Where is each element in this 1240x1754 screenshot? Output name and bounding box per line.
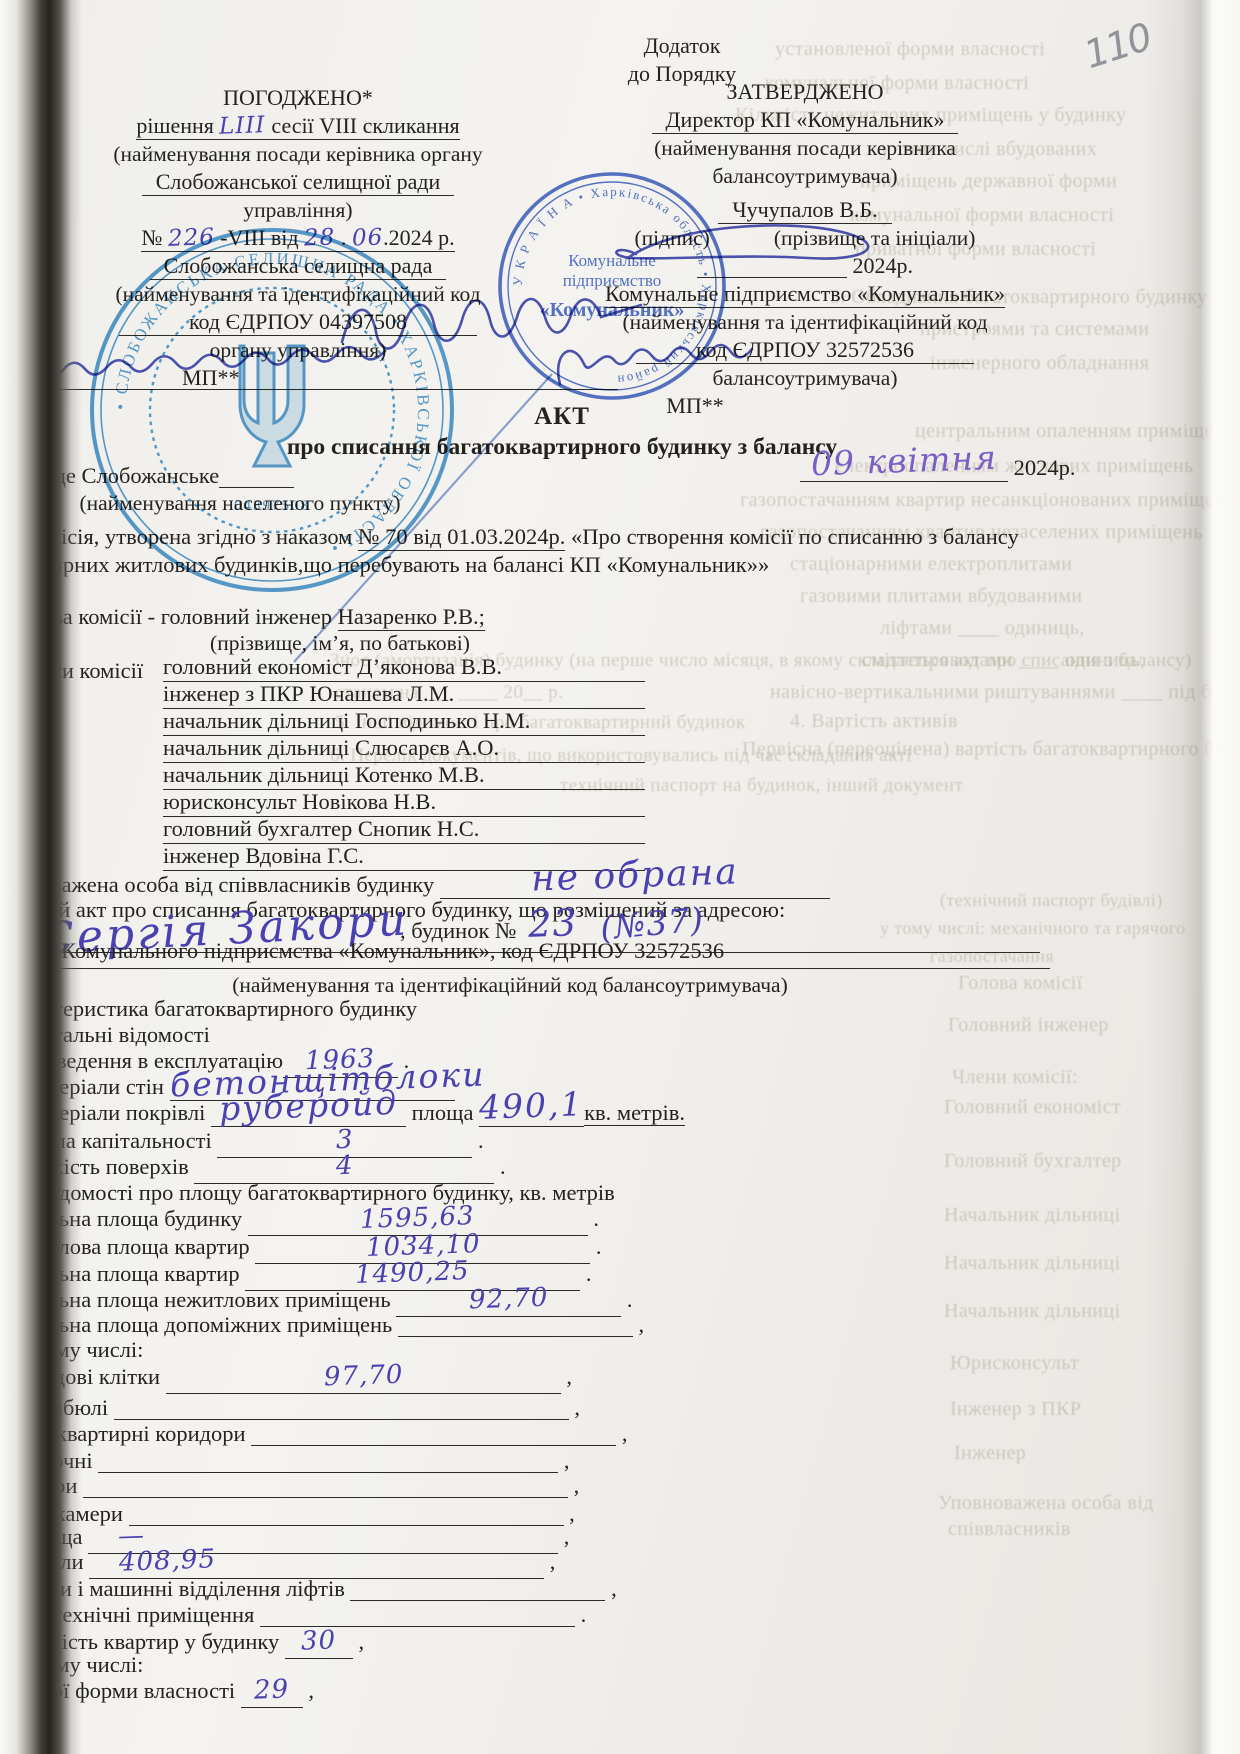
bleedthrough-text: Інженер з ПКР <box>950 1398 1081 1421</box>
field-label: Група капітальності <box>20 1128 217 1153</box>
bleedthrough-text: Головний бухгалтер <box>944 1150 1122 1173</box>
bleedthrough-text: Начальник дільниці <box>944 1204 1121 1227</box>
field-tail: . <box>590 1234 601 1259</box>
field-label: горища <box>12 1524 88 1549</box>
field-label: Матеріали покрівлі <box>20 1100 211 1125</box>
form-field-line: Житлова площа квартир 1034,10 . <box>17 1234 602 1264</box>
section-heading-line: у тому числі: <box>18 1652 143 1678</box>
page-edge-right <box>1145 0 1240 1754</box>
fill-in-blank: 30 <box>285 1633 353 1659</box>
field-label: приватної форми власності <box>0 1678 241 1703</box>
commission-member-row: начальник дільниці Котенко М.В. <box>163 762 645 790</box>
statement-line-2: з балансу Комунального підприємства «Ком… <box>0 938 1050 969</box>
handwritten-value: 1595,63 <box>360 1203 475 1233</box>
field-label: сміттєкамери <box>0 1501 129 1526</box>
bleedthrough-text: співвласників <box>948 1518 1071 1541</box>
company-round-stamp: У К Р А Ї Н А • Харківська область • Хар… <box>496 170 728 402</box>
director-name: Чучупалов В.Б. <box>718 197 891 224</box>
field-tail: , <box>544 1549 555 1574</box>
handwritten-value: руберойд <box>219 1090 399 1122</box>
field-tail: кв. метрів. <box>584 1100 685 1126</box>
form-field-line: інші технічні приміщення . <box>5 1601 586 1628</box>
form-field-line: шахти і машинні відділення ліфтів , <box>12 1575 617 1602</box>
field-label: вестибюлі <box>10 1395 114 1420</box>
handwritten-value: 97,70 <box>323 1362 403 1391</box>
handwritten-value: 490,1 <box>479 1091 584 1121</box>
field-label: міжквартирні коридори <box>20 1421 251 1446</box>
bleedthrough-text: навісно-вертикальними риштуваннями ____ … <box>770 681 1240 704</box>
form-field-line: приватної форми власності 29 , <box>0 1678 314 1708</box>
bleedthrough-text: Інженер <box>954 1442 1026 1465</box>
act-date-line: 09 квітня 2024р. <box>800 455 1076 482</box>
director-line: Директор КП «Комунальник» <box>560 106 1050 134</box>
authorized-person-line: Уповноважена особа від співвласників буд… <box>0 872 830 899</box>
field-label: Загальна площа будинку <box>7 1206 248 1231</box>
bleedthrough-text: Юрисконсульт <box>950 1352 1079 1375</box>
fill-in-blank: руберойд <box>211 1101 406 1127</box>
field-tail: , <box>633 1312 644 1337</box>
section-heading-line: 2. Відомості про площу багатоквартирного… <box>15 1180 615 1206</box>
council-org: Слобожанської селищної ради <box>142 169 455 196</box>
approved-title: ЗАТВЕРДЖЕНО <box>560 78 1050 106</box>
caption-name: (прізвище та ініціали) <box>774 226 976 250</box>
field-label: шахти і машинні відділення ліфтів <box>12 1576 350 1601</box>
fill-in-blank: 490,1 <box>479 1101 584 1127</box>
section-heading-line: 1. Загальні відомості <box>10 1022 210 1048</box>
handwritten-value: 1490,25 <box>355 1258 470 1288</box>
intro-post: «Про створення комісії по списанню з бал… <box>565 524 1018 549</box>
field-label: Характеристика багатоквартирного будинку <box>0 996 417 1021</box>
field-tail: . <box>494 1154 505 1179</box>
field-label: Кількість квартир у будинку <box>8 1629 285 1654</box>
fill-in-blank <box>251 1420 616 1446</box>
head-label: Голова комісії - головний інженер <box>8 604 338 629</box>
caption-balance-holder: (найменування та ідентифікаційний код ба… <box>60 972 960 998</box>
field-label: сходові клітки <box>23 1364 166 1389</box>
agreed-title: ПОГОДЖЕНО* <box>12 84 584 112</box>
stamp-center-line: підприємство <box>563 271 662 290</box>
field-tail: , <box>561 1364 572 1389</box>
field-tail: . <box>621 1287 632 1312</box>
field-tail: . <box>580 1261 591 1286</box>
field-label: у тому числі: <box>18 1652 143 1677</box>
section-heading-line: у тому числі: <box>18 1337 143 1363</box>
field-tail: , <box>569 1395 580 1420</box>
form-field-line: Матеріали покрівлі руберойд площа 490,1к… <box>20 1100 685 1127</box>
fill-in-blank <box>129 1500 564 1526</box>
fill-in-blank <box>350 1575 605 1601</box>
section-heading-line: Характеристика багатоквартирного будинку <box>0 996 417 1022</box>
field-label: Загальна площа нежитлових приміщень <box>7 1287 396 1312</box>
field-tail: . <box>588 1206 599 1231</box>
field-label: у тому числі: <box>18 1337 143 1362</box>
council-round-stamp: • СЛОБОЖАНСЬКА СЕЛИЩНА РАДА • ХАРКІВСЬКО… <box>86 224 458 596</box>
decision-post: сесії VIII скликання <box>271 113 459 138</box>
bleedthrough-text: газовими плитами вбудованими <box>800 585 1083 608</box>
bleedthrough-text: стаціонарними електроплитами <box>790 553 1072 576</box>
field-label: колясочні <box>0 1448 98 1473</box>
handwritten-value: 30 <box>301 1627 337 1654</box>
field-label: підвали <box>10 1549 89 1574</box>
caption: (найменування посади керівника органу <box>12 140 584 168</box>
field-tail: , <box>558 1524 569 1549</box>
year-label: 2024р. <box>853 253 914 278</box>
bleedthrough-text: Уповноважена особа від <box>938 1492 1154 1515</box>
fill-in-blank <box>98 1447 558 1473</box>
commission-member-row: начальник дільниці Господинько Н.М. <box>163 708 645 736</box>
fill-in-blank <box>398 1311 633 1337</box>
intro-line-3: у складі: <box>0 580 45 606</box>
form-field-line: Загальна площа будинку 1595,63 . <box>7 1206 599 1236</box>
bleedthrough-text: ліфтами ____ одиниць, <box>880 617 1085 640</box>
commission-member-row: головний економіст Д’яконова В.В. <box>163 654 645 682</box>
caption: (найменування посади керівника <box>560 134 1050 162</box>
caption-fullname: (прізвище, ім’я, по батькові) <box>150 630 530 656</box>
field-label: 2. Відомості про площу багатоквартирного… <box>15 1180 615 1205</box>
members-label: Члени комісії <box>14 658 143 684</box>
director-title: Директор КП «Комунальник» <box>652 107 959 134</box>
bleedthrough-text: Члени комісії: <box>952 1066 1078 1089</box>
bleedthrough-text: Головний інженер <box>948 1014 1109 1037</box>
handwritten-value: 4 <box>335 1153 353 1180</box>
form-field-line: Загальна площа допоміжних приміщень , <box>7 1311 644 1338</box>
handwritten-value: 29 <box>254 1676 290 1703</box>
head-name: Назаренко Р.В.; <box>338 604 485 631</box>
stamp-center-line: «Комунальник» <box>540 299 685 321</box>
field-tail: , <box>616 1421 627 1446</box>
field-label: Загальна площа квартир <box>7 1261 245 1286</box>
appendix-line: Додаток <box>582 32 782 60</box>
field-tail: , <box>303 1678 314 1703</box>
field-tail: , <box>564 1501 575 1526</box>
handwritten-value: 408,95 <box>119 1546 217 1575</box>
bleedthrough-text: установленої форми власності <box>775 38 1045 61</box>
handwritten-not-elected: не обрана <box>531 859 740 892</box>
field-label: Матеріали стін <box>20 1074 170 1099</box>
fill-in-blank: 09 квітня <box>800 456 1008 482</box>
bleedthrough-text: Начальник дільниці <box>944 1300 1121 1323</box>
form-field-line: сходові клітки 97,70 , <box>23 1364 572 1394</box>
fill-in-blank: 29 <box>241 1682 303 1708</box>
field-label: Загальна площа допоміжних приміщень <box>7 1312 398 1337</box>
form-field-line: комори , <box>8 1472 579 1499</box>
handwritten-value: 92,70 <box>469 1285 549 1314</box>
field-label: Кількість поверхів <box>10 1154 194 1179</box>
handwritten-value: 3 <box>336 1127 354 1154</box>
field-tail: . <box>575 1602 586 1627</box>
scanned-document-page: установленої форми власностікомунальної … <box>0 0 1240 1754</box>
form-field-line: сміттєкамери , <box>0 1500 575 1527</box>
handwritten-value: — <box>118 1523 146 1550</box>
field-tail: , <box>605 1576 616 1601</box>
decision-pre: рішення <box>136 113 213 138</box>
commission-member-row: головний бухгалтер Снопик Н.С. <box>163 816 645 844</box>
field-label: Житлова площа квартир <box>17 1234 255 1259</box>
commission-member-row: начальник дільниці Слюсарєв А.О. <box>163 735 645 763</box>
fill-in-blank <box>114 1394 569 1420</box>
form-field-line: вестибюлі , <box>10 1394 580 1421</box>
field-tail: . <box>472 1128 483 1153</box>
handwritten-date: 09 квітня <box>811 445 998 477</box>
field-label: комори <box>8 1473 83 1498</box>
commission-member-row: юрисконсульт Новікова Н.В. <box>163 789 645 817</box>
field-mid-label: площа <box>406 1100 479 1125</box>
page-number-pencil: 110 <box>1079 15 1156 77</box>
trident-icon <box>240 346 304 466</box>
bleedthrough-text: Голова комісії <box>958 972 1083 995</box>
fill-in-blank <box>83 1472 568 1498</box>
field-tail: , <box>558 1448 569 1473</box>
decision-line: рішення LIII сесії VIII скликання <box>12 112 584 140</box>
stamp-code: 04397508 <box>234 498 310 514</box>
year-label: 2024р. <box>1014 455 1076 480</box>
field-label: інші технічні приміщення <box>5 1602 260 1627</box>
fill-in-blank: 97,70 <box>166 1368 561 1394</box>
commission-head-line: Голова комісії - головний інженер Назаре… <box>8 604 485 630</box>
form-field-line: міжквартирні коридори , <box>20 1420 627 1447</box>
authorized-label: Уповноважена особа від співвласників буд… <box>0 872 434 897</box>
fill-in-blank <box>260 1601 575 1627</box>
field-label: 1. Загальні відомості <box>10 1022 210 1047</box>
form-field-line: колясочні , <box>0 1447 569 1474</box>
stamp-center-line: Комунальне <box>568 251 656 270</box>
commission-member-row: інженер з ПКР Юнашева Л.М. <box>163 681 645 709</box>
bleedthrough-text: 4. Вартість активів <box>790 710 958 733</box>
bleedthrough-text: Головний економіст <box>944 1096 1121 1119</box>
bleedthrough-text: Начальник дільниці <box>944 1252 1121 1275</box>
bleedthrough-text: газопостачанням квартир несанкціонованих… <box>740 489 1235 512</box>
handwritten-session-number: LIII <box>219 111 266 141</box>
fill-in-blank: не обрана <box>440 873 830 899</box>
field-tail: , <box>353 1629 364 1654</box>
field-tail: , <box>568 1473 579 1498</box>
